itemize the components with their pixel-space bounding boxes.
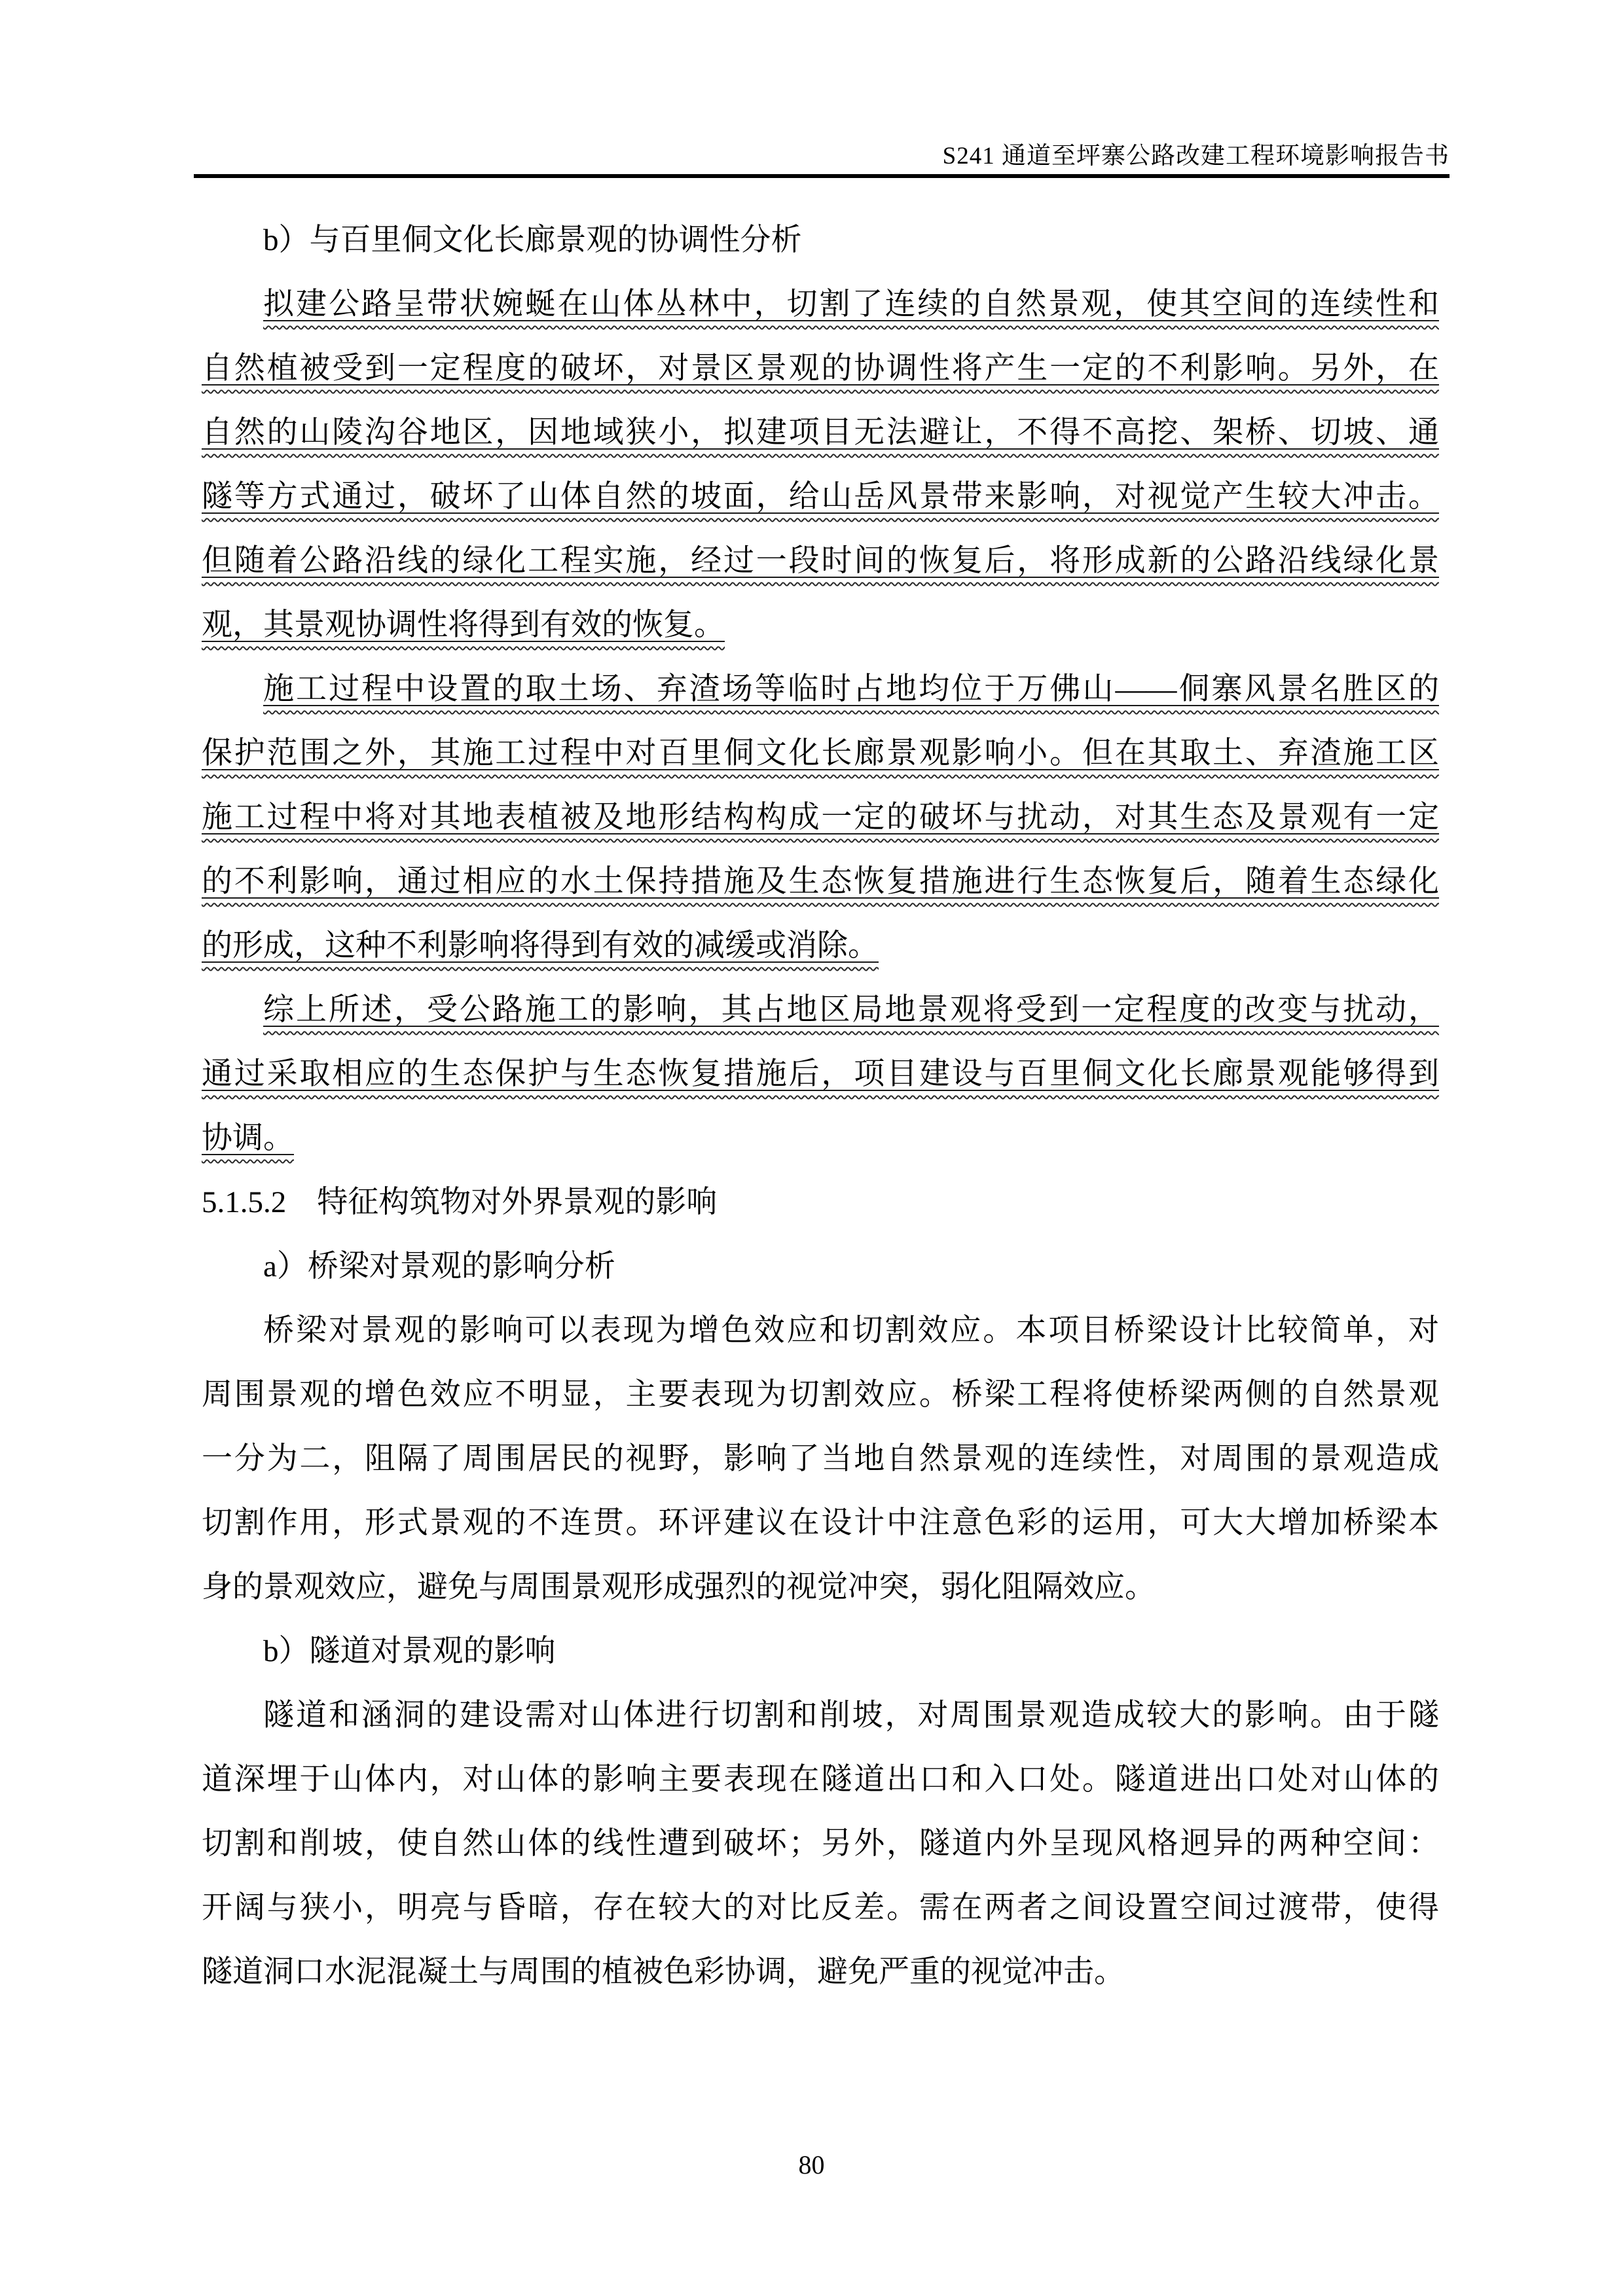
underline-wavy: 自然的山陵沟谷地区，因地域狭小，拟建项目无法避让，不得不高挖、架桥、切坡、通: [202, 416, 1439, 450]
subsection-heading: a）桥梁对景观的影响分析: [202, 1234, 1439, 1299]
underline-solid: 施工过程中设置的取土场、弃渣场等临时占地均位于万佛山——侗寨风景名胜区的: [263, 672, 1439, 706]
subsection-heading: b）隧道对景观的影响: [202, 1619, 1439, 1683]
text-line: 身的景观效应，避免与周围景观形成强烈的视觉冲突，弱化阻隔效应。: [202, 1555, 1439, 1619]
text-line: 隧道洞口水泥混凝土与周围的植被色彩协调，避免严重的视觉冲击。: [202, 1940, 1439, 2004]
text-line: 施工过程中设置的取土场、弃渣场等临时占地均位于万佛山——侗寨风景名胜区的: [202, 657, 1439, 721]
underline-wavy: 保护范围之外，其施工过程中对百里侗文化长廊景观影响小。但在其取土、弃渣施工区: [202, 736, 1439, 770]
underline-wavy: 隧等方式通过，破坏了山体自然的坡面，给山岳风景带来影响，对视觉产生较大冲击。: [202, 480, 1439, 514]
text-line: 协调。: [202, 1106, 1439, 1170]
underline-wavy: 的形成，这种不利影响将得到有效的减缓或消除。: [202, 929, 879, 963]
underline-wavy: 综上所述，受公路施工的影响，其占地区局地景观将受到一定程度的改变与扰动，: [263, 993, 1439, 1027]
subsection-heading: b）与百里侗文化长廊景观的协调性分析: [202, 208, 1439, 272]
underline-solid: 自然植被受到一定程度的破坏，对景区景观的协调性将产生一定的不利影响。另外，在: [202, 351, 1439, 386]
text-line: 但随着公路沿线的绿化工程实施，经过一段时间的恢复后，将形成新的公路沿线绿化景: [202, 529, 1439, 593]
text-line: 综上所述，受公路施工的影响，其占地区局地景观将受到一定程度的改变与扰动，: [202, 978, 1439, 1042]
underline-wavy: 的不利影响，通过相应的水土保持措施及生态恢复措施进行生态恢复后，随着生态绿化: [202, 865, 1439, 899]
underline-solid: 自然的山陵沟谷地区，因地域狭小，拟建项目无法避让，不得不高挖、架桥、切坡、通: [202, 416, 1439, 450]
text-line: 的不利影响，通过相应的水土保持措施及生态恢复措施进行生态恢复后，随着生态绿化: [202, 850, 1439, 914]
text-line: 切割作用，形式景观的不连贯。环评建议在设计中注意色彩的运用，可大大增加桥梁本: [202, 1491, 1439, 1555]
underline-solid: 隧等方式通过，破坏了山体自然的坡面，给山岳风景带来影响，对视觉产生较大冲击。: [202, 480, 1439, 514]
text-line: 通过采取相应的生态保护与生态恢复措施后，项目建设与百里侗文化长廊景观能够得到: [202, 1042, 1439, 1106]
underline-solid: 拟建公路呈带状婉蜒在山体丛林中，切割了连续的自然景观，使其空间的连续性和: [263, 287, 1439, 321]
section-heading: 5.1.5.2 特征构筑物对外界景观的影响: [202, 1170, 1439, 1234]
text-line: 开阔与狭小，明亮与昏暗，存在较大的对比反差。需在两者之间设置空间过渡带，使得: [202, 1876, 1439, 1940]
text-line: 切割和削坡，使自然山体的线性遭到破坏；另外，隧道内外呈现风格迥异的两种空间：: [202, 1812, 1439, 1876]
text-line: 的形成，这种不利影响将得到有效的减缓或消除。: [202, 914, 1439, 978]
text-line: 一分为二，阻隔了周围居民的视野，影响了当地自然景观的连续性，对周围的景观造成: [202, 1427, 1439, 1491]
text-line: 道深埋于山体内，对山体的影响主要表现在隧道出口和入口处。隧道进出口处对山体的: [202, 1748, 1439, 1812]
text-line: 隧等方式通过，破坏了山体自然的坡面，给山岳风景带来影响，对视觉产生较大冲击。: [202, 465, 1439, 529]
document-page: S241 通道至坪寨公路改建工程环境影响报告书 b）与百里侗文化长廊景观的协调性…: [0, 0, 1623, 2296]
underline-solid: 通过采取相应的生态保护与生态恢复措施后，项目建设与百里侗文化长廊景观能够得到: [202, 1057, 1439, 1091]
underline-wavy: 通过采取相应的生态保护与生态恢复措施后，项目建设与百里侗文化长廊景观能够得到: [202, 1057, 1439, 1091]
underline-solid: 但随着公路沿线的绿化工程实施，经过一段时间的恢复后，将形成新的公路沿线绿化景: [202, 544, 1439, 578]
underline-wavy: 施工过程中将对其地表植被及地形结构构成一定的破坏与扰动，对其生态及景观有一定: [202, 800, 1439, 834]
text-line: 自然的山陵沟谷地区，因地域狭小，拟建项目无法避让，不得不高挖、架桥、切坡、通: [202, 401, 1439, 465]
underline-solid: 的不利影响，通过相应的水土保持措施及生态恢复措施进行生态恢复后，随着生态绿化: [202, 865, 1439, 899]
page-header-title: S241 通道至坪寨公路改建工程环境影响报告书: [194, 140, 1450, 173]
underline-wavy: 但随着公路沿线的绿化工程实施，经过一段时间的恢复后，将形成新的公路沿线绿化景: [202, 544, 1439, 578]
underline-solid: 施工过程中将对其地表植被及地形结构构成一定的破坏与扰动，对其生态及景观有一定: [202, 800, 1439, 834]
text-line: 隧道和涵洞的建设需对山体进行切割和削坡，对周围景观造成较大的影响。由于隧: [202, 1683, 1439, 1748]
text-line: 观，其景观协调性将得到有效的恢复。: [202, 593, 1439, 657]
header-rule: [194, 174, 1450, 178]
page-number: 80: [0, 2148, 1623, 2182]
underline-solid: 综上所述，受公路施工的影响，其占地区局地景观将受到一定程度的改变与扰动，: [263, 993, 1439, 1027]
underline-solid: 协调。: [202, 1121, 294, 1155]
underline-solid: 的形成，这种不利影响将得到有效的减缓或消除。: [202, 929, 879, 963]
text-line: 拟建公路呈带状婉蜒在山体丛林中，切割了连续的自然景观，使其空间的连续性和: [202, 272, 1439, 336]
text-line: 桥梁对景观的影响可以表现为增色效应和切割效应。本项目桥梁设计比较简单，对: [202, 1299, 1439, 1363]
underline-wavy: 施工过程中设置的取土场、弃渣场等临时占地均位于万佛山——侗寨风景名胜区的: [263, 672, 1439, 706]
underline-wavy: 观，其景观协调性将得到有效的恢复。: [202, 608, 725, 642]
underline-solid: 观，其景观协调性将得到有效的恢复。: [202, 608, 725, 642]
text-line: 自然植被受到一定程度的破坏，对景区景观的协调性将产生一定的不利影响。另外，在: [202, 336, 1439, 401]
underline-wavy: 协调。: [202, 1121, 294, 1155]
text-line: 周围景观的增色效应不明显，主要表现为切割效应。桥梁工程将使桥梁两侧的自然景观: [202, 1363, 1439, 1427]
underline-wavy: 自然植被受到一定程度的破坏，对景区景观的协调性将产生一定的不利影响。另外，在: [202, 351, 1439, 386]
document-body: b）与百里侗文化长廊景观的协调性分析 拟建公路呈带状婉蜒在山体丛林中，切割了连续…: [202, 208, 1439, 2004]
underline-solid: 保护范围之外，其施工过程中对百里侗文化长廊景观影响小。但在其取土、弃渣施工区: [202, 736, 1439, 770]
text-line: 施工过程中将对其地表植被及地形结构构成一定的破坏与扰动，对其生态及景观有一定: [202, 785, 1439, 850]
underline-wavy: 拟建公路呈带状婉蜒在山体丛林中，切割了连续的自然景观，使其空间的连续性和: [263, 287, 1439, 321]
text-line: 保护范围之外，其施工过程中对百里侗文化长廊景观影响小。但在其取土、弃渣施工区: [202, 721, 1439, 785]
